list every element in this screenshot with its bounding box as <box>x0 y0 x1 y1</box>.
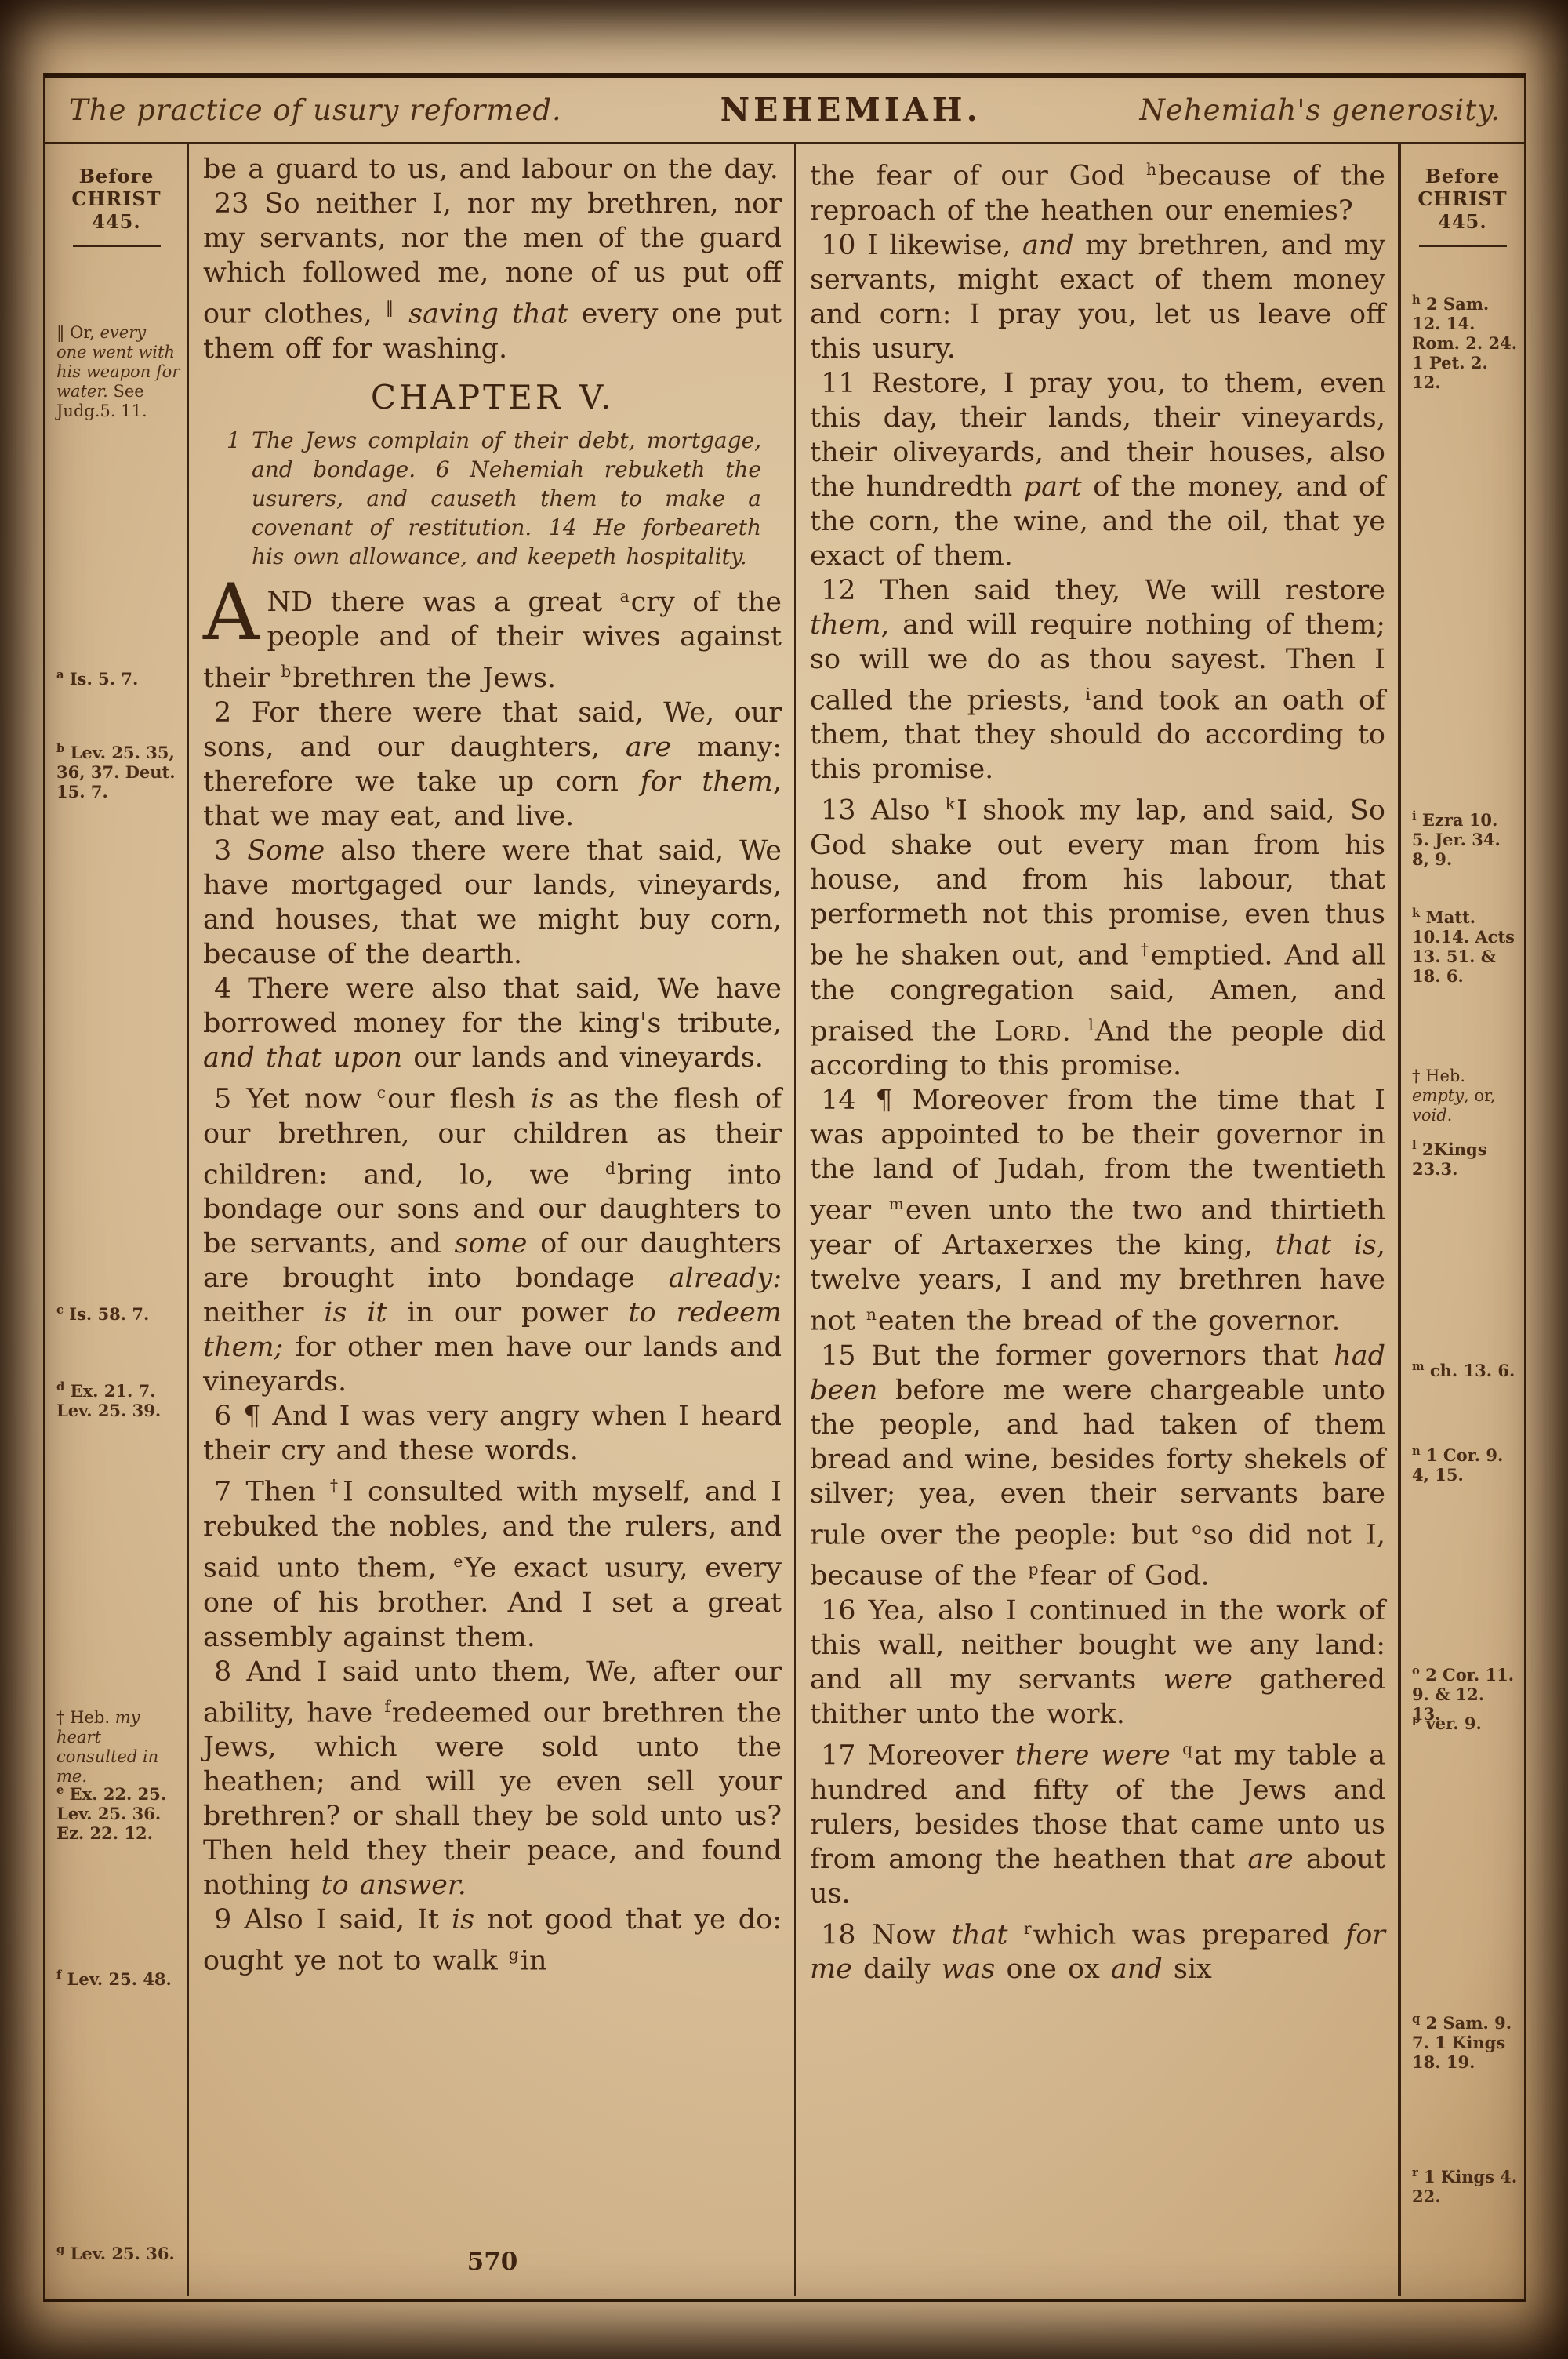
verse-paragraph: 23 So neither I, nor my brethren, nor my… <box>203 187 782 366</box>
bc-line: 445. <box>1401 210 1524 233</box>
bc-rule <box>73 245 161 247</box>
verse-paragraph: 7 Then †I consulted with myself, and I r… <box>203 1468 782 1654</box>
running-head-left: The practice of usury reformed. <box>69 93 562 127</box>
margin-note: n 1 Cor. 9. 4, 15. <box>1412 1441 1518 1485</box>
margin-note: q 2 Sam. 9. 7. 1 Kings 18. 19. <box>1412 2009 1518 2072</box>
margin-note: g Lev. 25. 36. <box>56 2240 181 2263</box>
verse-paragraph: 13 Also kI shook my lap, and said, So Go… <box>810 787 1385 1083</box>
verse-paragraph: 5 Yet now cour flesh is as the flesh of … <box>203 1075 782 1399</box>
bc-line: Before <box>45 165 187 187</box>
verse-paragraph: be a guard to us, and labour on the day. <box>203 152 782 187</box>
verse-paragraph: 17 Moreover there were qat my table a hu… <box>810 1732 1385 1911</box>
running-head-right: Nehemiah's generosity. <box>1140 93 1501 127</box>
bc-line: Before <box>1401 165 1524 187</box>
right-margin-column: Before CHRIST 445. h 2 Sam. 12. 14. Rom.… <box>1399 144 1524 2296</box>
columns-row: Before CHRIST 445. ‖ Or, every one went … <box>45 144 1524 2296</box>
verse-paragraph: 8 And I said unto them, We, after our ab… <box>203 1655 782 1903</box>
margin-note: c Is. 58. 7. <box>56 1300 181 1324</box>
margin-note: e Ex. 22. 25. Lev. 25. 36. Ez. 22. 12. <box>56 1780 181 1843</box>
bc-date-heading: Before CHRIST 445. <box>1401 144 1524 247</box>
bc-date-heading: Before CHRIST 445. <box>45 144 187 247</box>
verse-paragraph: 16 Yea, also I continued in the work of … <box>810 1594 1385 1732</box>
verse-paragraph: 4 There were also that said, We have bor… <box>203 972 782 1075</box>
verse-paragraph: 15 But the former governors that had bee… <box>810 1339 1385 1594</box>
margin-note: r 1 Kings 4. 22. <box>1412 2163 1518 2206</box>
verse-paragraph: 6 ¶ And I was very angry when I heard th… <box>203 1399 782 1468</box>
verse-paragraph: 11 Restore, I pray you, to them, even th… <box>810 366 1385 573</box>
bc-line: CHRIST <box>45 187 187 210</box>
verse-paragraph: 14 ¶ Moreover from the time that I was a… <box>810 1083 1385 1338</box>
bc-rule <box>1419 245 1507 247</box>
text-column-left: be a guard to us, and labour on the day.… <box>189 144 796 2296</box>
chapter-heading: CHAPTER V. <box>203 380 782 415</box>
margin-note: p ver. 9. <box>1412 1710 1518 1733</box>
margin-note: d Ex. 21. 7. Lev. 25. 39. <box>56 1377 181 1420</box>
text-column-right: the fear of our God hbecause of the repr… <box>796 144 1399 2296</box>
page-frame: The practice of usury reformed. NEHEMIAH… <box>43 73 1526 2302</box>
verse-paragraph: 18 Now that rwhich was prepared for me d… <box>810 1911 1385 1987</box>
running-head: The practice of usury reformed. NEHEMIAH… <box>45 78 1524 144</box>
verse-paragraph: the fear of our God hbecause of the repr… <box>810 152 1385 228</box>
book-title: NEHEMIAH. <box>720 91 982 129</box>
margin-note: f Lev. 25. 48. <box>56 1965 181 1989</box>
margin-note: a Is. 5. 7. <box>56 665 181 689</box>
margin-note: i Ezra 10. 5. Jer. 34. 8, 9. <box>1412 806 1518 869</box>
scanned-bible-page: { "header": { "left": "The practice of u… <box>0 0 1568 2359</box>
verse-text: ND there was a great acry of the people … <box>203 587 782 694</box>
margin-note: m ch. 13. 6. <box>1412 1357 1518 1380</box>
bc-line: 445. <box>45 210 187 233</box>
margin-note: l 2Kings 23.3. <box>1412 1136 1518 1179</box>
verse-paragraph: 2 For there were that said, We, our sons… <box>203 696 782 834</box>
verse-paragraph: 3 Some also there were that said, We hav… <box>203 834 782 972</box>
verse-paragraph: 9 Also I said, It is not good that ye do… <box>203 1903 782 1979</box>
margin-note: b Lev. 25. 35, 36, 37. Deut. 15. 7. <box>56 739 181 801</box>
verse-paragraph: AND there was a great acry of the people… <box>203 579 782 696</box>
margin-note: k Matt. 10.14. Acts 13. 51. & 18. 6. <box>1412 903 1518 986</box>
chapter-summary: 1 The Jews complain of their debt, mortg… <box>227 426 761 571</box>
left-margin-column: Before CHRIST 445. ‖ Or, every one went … <box>45 144 189 2296</box>
bc-line: CHRIST <box>1401 187 1524 210</box>
drop-cap: A <box>203 579 267 643</box>
margin-note: h 2 Sam. 12. 14. Rom. 2. 24. 1 Pet. 2. 1… <box>1412 290 1518 392</box>
margin-note: ‖ Or, every one went with his weapon for… <box>56 323 181 421</box>
page-number: 570 <box>467 2248 518 2276</box>
verse-paragraph: 12 Then said they, We will restore them,… <box>810 573 1385 787</box>
margin-note: † Heb. empty, or, void. <box>1412 1067 1518 1125</box>
verse-paragraph: 10 I likewise, and my brethren, and my s… <box>810 228 1385 366</box>
margin-note: † Heb. my heart consulted in me. <box>56 1708 181 1787</box>
